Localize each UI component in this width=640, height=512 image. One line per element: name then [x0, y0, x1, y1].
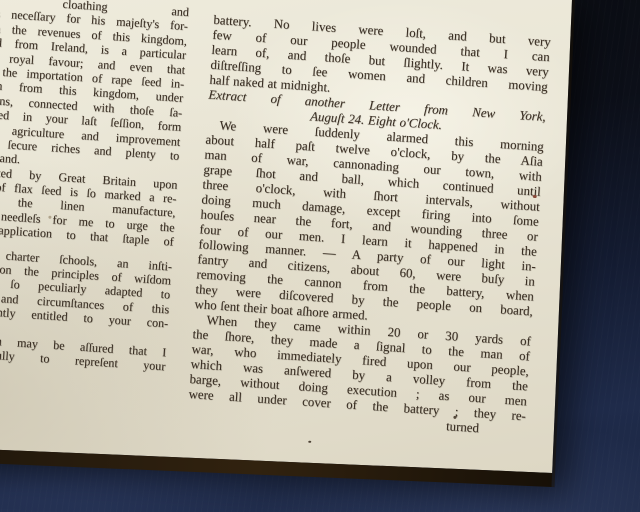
paper-speck [453, 416, 456, 419]
paper-speck [533, 195, 537, 198]
newspaper-page: e cloathing andts neceſſary for his maje… [0, 0, 572, 473]
paper-speck [308, 441, 311, 443]
right-text-column: battery. No lives were loſt, and but ver… [187, 13, 551, 440]
left-text-column: e cloathing andts neceſſary for his maje… [0, 0, 189, 374]
page-text-area: e cloathing andts neceſſary for his maje… [0, 0, 555, 474]
